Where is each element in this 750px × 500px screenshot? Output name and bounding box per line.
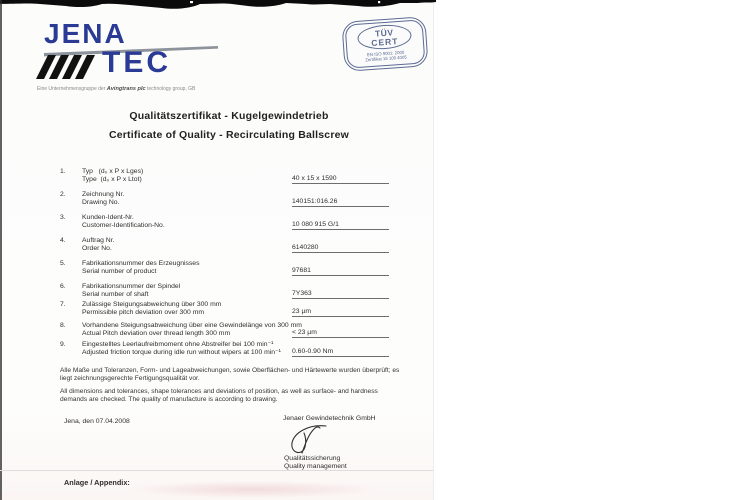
item-label-de: Typ (d₀ x P x Lges) <box>82 168 304 176</box>
item-value: 0.60-0.90 Nm <box>292 348 389 357</box>
item-label-de: Kunden-Ident-Nr. <box>82 214 304 222</box>
item-label: Auftrag Nr. Order No. <box>82 237 304 252</box>
scanned-certificate-screenshot: { "logo": { "name_top": "JENA", "name_bo… <box>0 0 750 500</box>
divider-line <box>0 470 433 471</box>
item-row-2: 2. Zeichnung Nr. Drawing No. 140151:016.… <box>0 191 433 213</box>
item-label: Typ (d₀ x P x Lges) Type (d₀ x P x Ltot) <box>82 168 304 183</box>
item-row-1: 1. Typ (d₀ x P x Lges) Type (d₀ x P x Lt… <box>0 168 433 190</box>
item-label: Eingestelltes Leerlaufreibmoment ohne Ab… <box>82 341 304 356</box>
date-place-line: Jena, den 07.04.2008 <box>64 418 130 425</box>
item-label-en: Customer-Identification-No. <box>82 222 304 230</box>
item-value: 6140280 <box>292 244 389 253</box>
signature-icon <box>288 423 340 457</box>
item-number: 5. <box>60 260 66 267</box>
tec-logo-text: TEC <box>102 48 171 78</box>
item-label-de: Eingestelltes Leerlaufreibmoment ohne Ab… <box>82 341 304 349</box>
item-label-de: Auftrag Nr. <box>82 237 304 245</box>
item-row-3: 3. Kunden-Ident-Nr. Customer-Identificat… <box>0 214 433 236</box>
jena-logo-text: JENA <box>44 20 127 48</box>
certificate-title-de: Qualitätszertifikat - Kugelgewindetrieb <box>5 110 453 122</box>
scanned-page: JENA TEC Eine Unternehmensgruppe der Avi… <box>0 0 434 500</box>
item-label: Zulässige Steigungsabweichung über 300 m… <box>82 301 304 316</box>
footer-note-de: Alle Maße und Toleranzen, Form- und Lage… <box>60 367 401 383</box>
item-number: 3. <box>60 214 66 221</box>
logo-tagline: Eine Unternehmensgruppe der Avingtrans p… <box>37 86 195 92</box>
item-label-en: Drawing No. <box>82 199 304 207</box>
item-label-en: Actual Pitch deviation over thread lengt… <box>82 330 304 338</box>
tagline-suffix: technology group, GB <box>146 86 196 92</box>
item-label: Zeichnung Nr. Drawing No. <box>82 191 304 206</box>
signature-role-de: Qualitätssicherung <box>284 455 347 463</box>
item-label-en: Serial number of shaft <box>82 291 304 299</box>
seal-outer-border: TÜV CERT EN ISO 9001: 2000 Zertifikat 15… <box>341 16 428 72</box>
tagline-brand: Avingtrans plc <box>107 86 146 92</box>
item-number: 1. <box>60 168 66 175</box>
company-name: Jenaer Gewindetechnik GmbH <box>283 415 376 422</box>
item-value: 97681 <box>292 267 389 276</box>
item-label-de: Zulässige Steigungsabweichung über 300 m… <box>82 301 304 309</box>
item-label: Fabrikationsnummer der Spindel Serial nu… <box>82 283 304 298</box>
item-label-de: Fabrikationsnummer des Erzeugnisses <box>82 260 304 268</box>
item-label: Vorhandene Steigungsabweichung über eine… <box>82 322 304 337</box>
certificate-title-en: Certificate of Quality - Recirculating B… <box>5 129 453 141</box>
tagline-prefix: Eine Unternehmensgruppe der <box>37 86 107 92</box>
item-number: 9. <box>60 341 66 348</box>
item-label-de: Fabrikationsnummer der Spindel <box>82 283 304 291</box>
item-label-de: Vorhandene Steigungsabweichung über eine… <box>82 322 304 330</box>
item-label: Fabrikationsnummer des Erzeugnisses Seri… <box>82 260 304 275</box>
signature-roles: Qualitätssicherung Quality management <box>284 455 347 471</box>
item-number: 8. <box>60 322 66 329</box>
item-label-en: Type (d₀ x P x Ltot) <box>82 176 304 184</box>
item-number: 6. <box>60 283 66 290</box>
item-value: 140151:016.26 <box>292 198 389 207</box>
scan-artifact-band <box>0 0 436 12</box>
logo-hatch-icon <box>36 53 102 80</box>
item-label-en: Order No. <box>82 245 304 253</box>
seal-inner-border: TÜV CERT EN ISO 9001: 2000 Zertifikat 15… <box>345 19 426 68</box>
item-value: 7Y363 <box>292 290 389 299</box>
item-row-4: 4. Auftrag Nr. Order No. 6140280 <box>0 237 433 259</box>
item-row-7: 7. Zulässige Steigungsabweichung über 30… <box>0 301 433 323</box>
item-label-en: Serial number of product <box>82 268 304 276</box>
item-value: 10 080 915 G/1 <box>292 221 389 230</box>
item-label-de: Zeichnung Nr. <box>82 191 304 199</box>
item-label-en: Permissible pitch deviation over 300 mm <box>82 309 304 317</box>
seal-ellipse: TÜV CERT <box>357 23 413 51</box>
item-value: 23 µm <box>292 308 389 317</box>
item-number: 7. <box>60 301 66 308</box>
scan-color-artifact <box>128 481 378 498</box>
tuv-cert-seal: TÜV CERT EN ISO 9001: 2000 Zertifikat 15… <box>341 16 428 72</box>
appendix-label: Anlage / Appendix: <box>64 478 130 487</box>
item-value: < 23 µm <box>292 329 389 338</box>
item-number: 2. <box>60 191 66 198</box>
item-row-9: 9. Eingestelltes Leerlaufreibmoment ohne… <box>0 341 433 363</box>
item-label-en: Adjusted friction torque during idle run… <box>82 349 304 357</box>
item-row-5: 5. Fabrikationsnummer des Erzeugnisses S… <box>0 260 433 282</box>
item-number: 4. <box>60 237 66 244</box>
item-label: Kunden-Ident-Nr. Customer-Identification… <box>82 214 304 229</box>
footer-note-en: All dimensions and tolerances, shape tol… <box>60 388 401 404</box>
item-value: 40 x 15 x 1590 <box>292 175 389 184</box>
